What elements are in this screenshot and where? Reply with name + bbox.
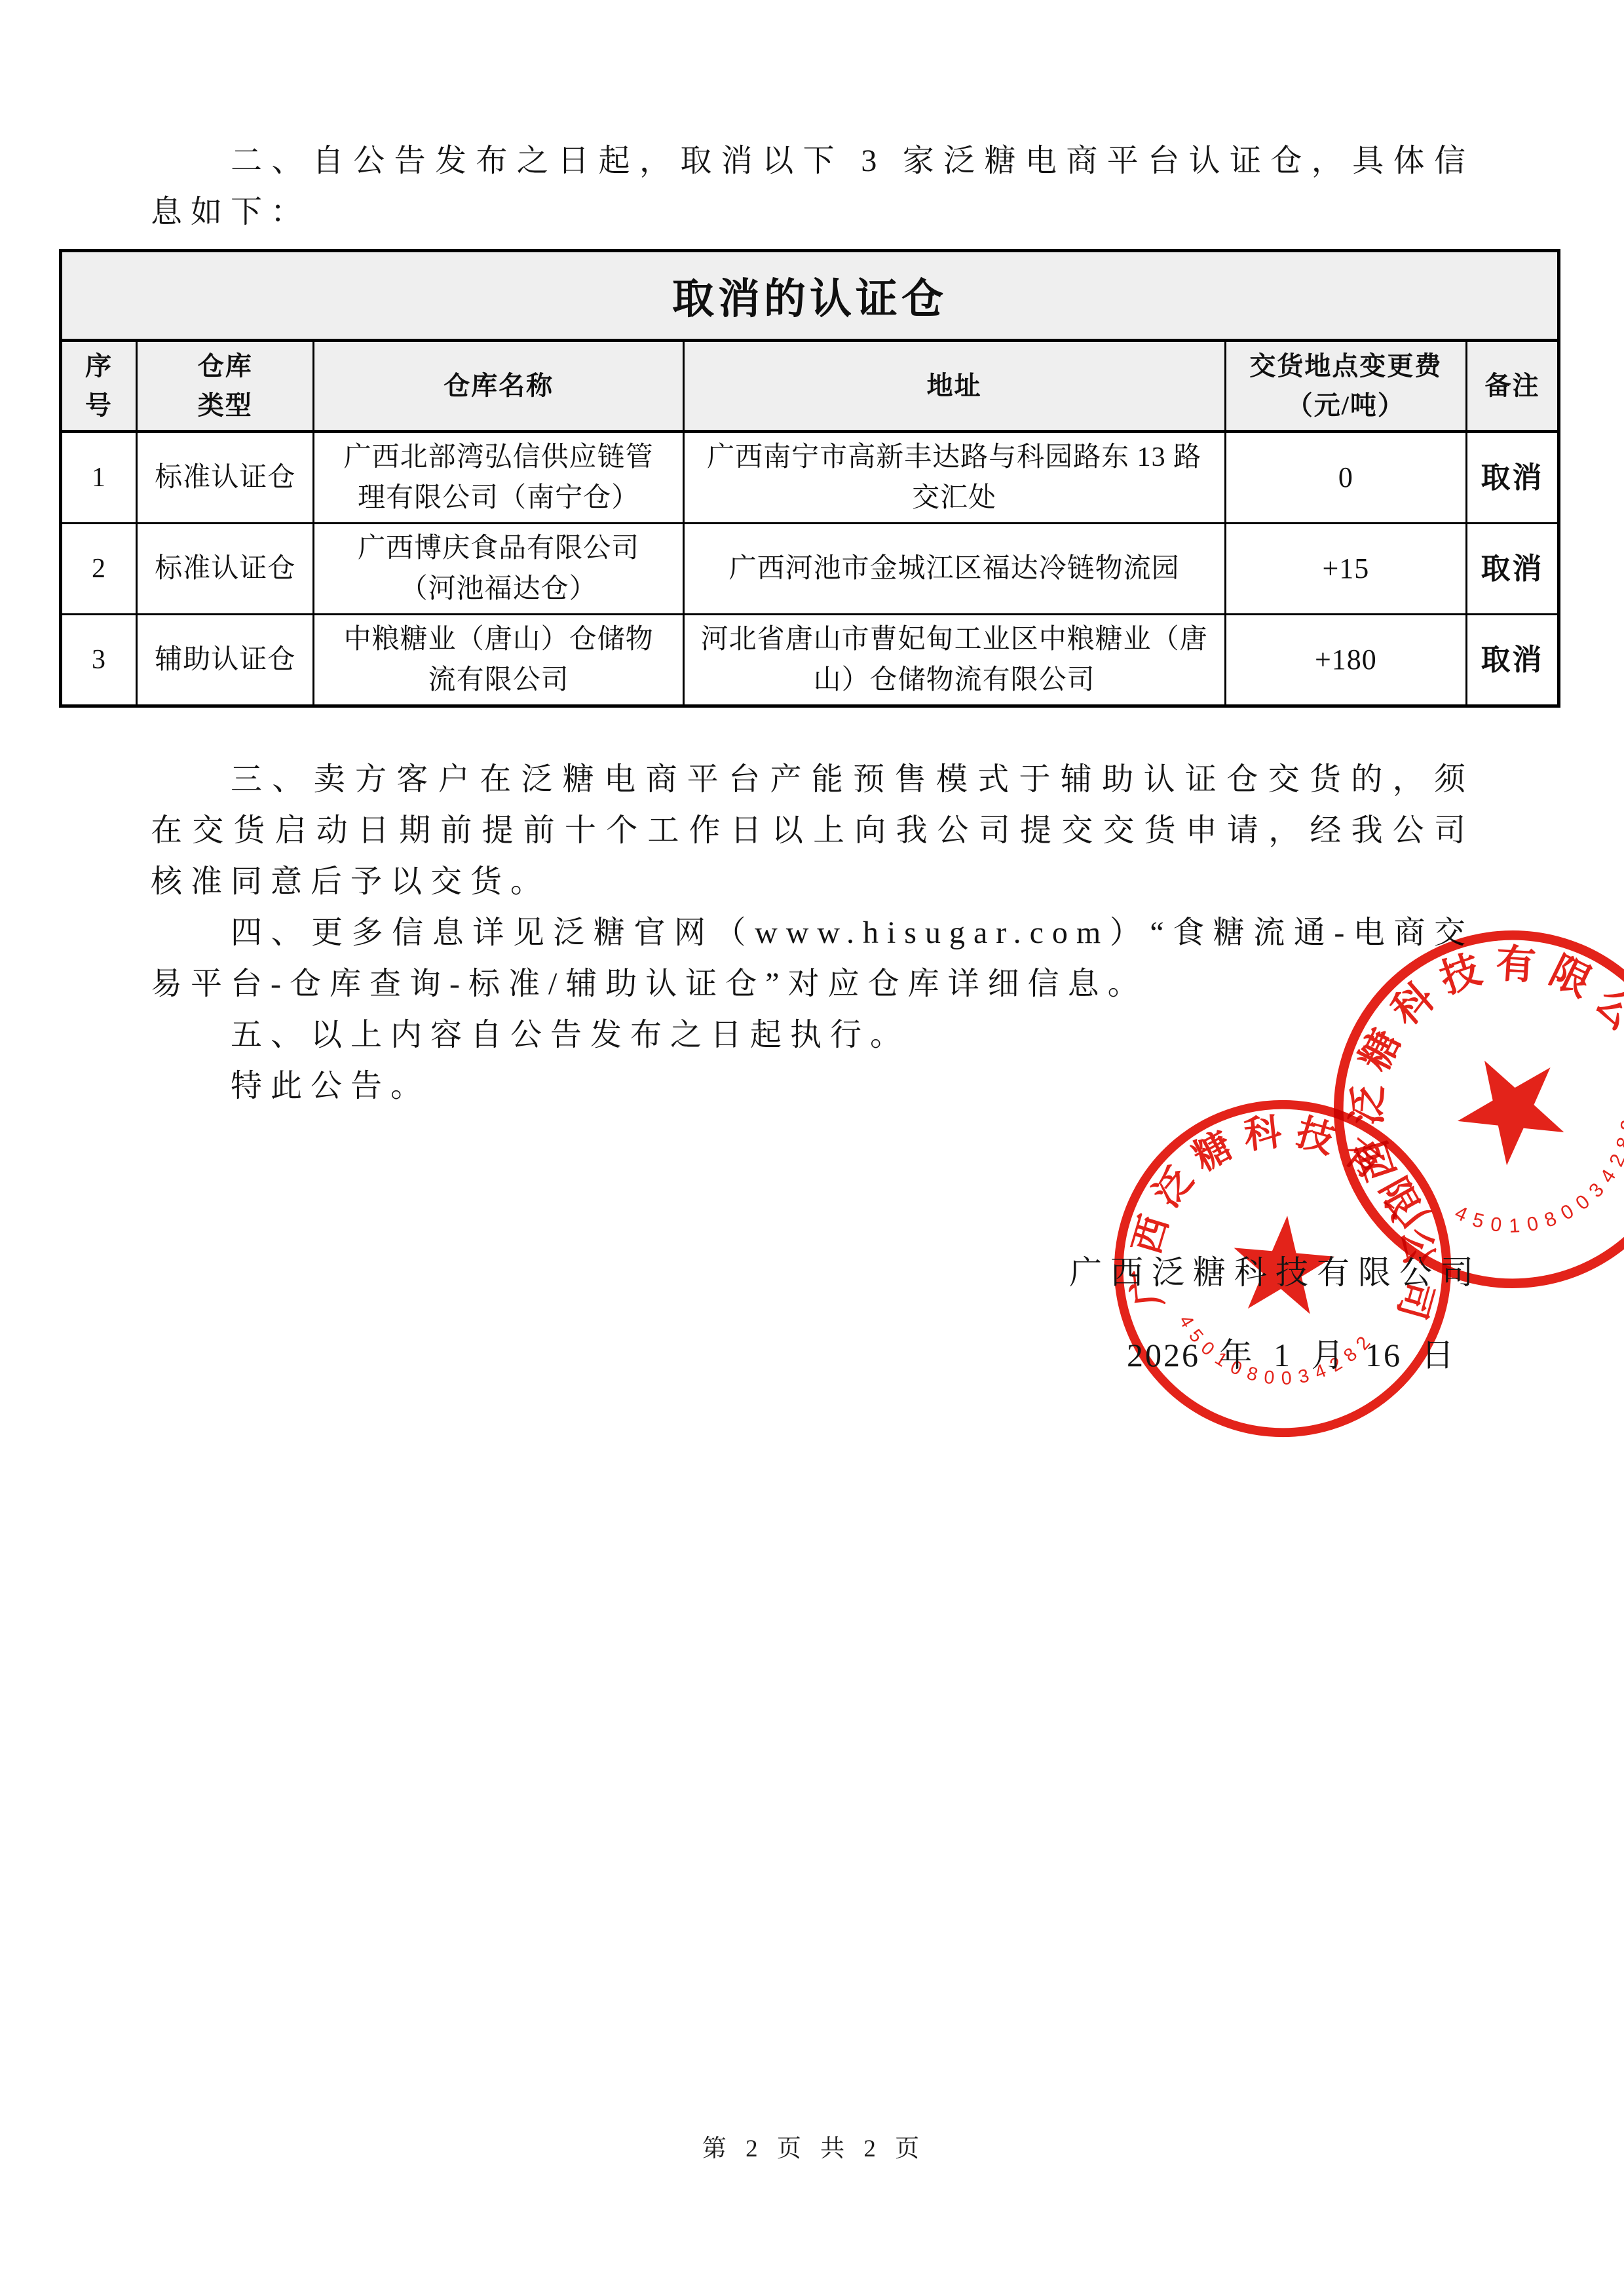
cell-type: 标准认证仓 — [136, 432, 314, 524]
cell-remark: 取消 — [1467, 524, 1559, 615]
cell-seq: 1 — [61, 432, 137, 524]
cell-name: 中粮糖业（唐山）仓储物 流有限公司 — [314, 615, 683, 706]
header-seq: 序 号 — [61, 341, 137, 432]
document-page: { "accent_colors": { "seal_red": "#e3231… — [0, 0, 1624, 2296]
paragraph-3-line-3: 核准同意后予以交货。 — [151, 861, 1474, 912]
signature-date: 2026 年 1 月 16 日 — [1127, 1329, 1456, 1376]
table-row: 1 标准认证仓 广西北部湾弘信供应链管 理有限公司（南宁仓） 广西南宁市高新丰达… — [61, 432, 1559, 524]
cell-name: 广西北部湾弘信供应链管 理有限公司（南宁仓） — [314, 432, 683, 524]
cancelled-warehouses-table: 取消的认证仓 序 号 仓库 类型 仓库名称 地址 交货地点变更费 （元/吨） 备… — [59, 249, 1560, 708]
cell-fee: +15 — [1225, 524, 1466, 615]
cell-type: 辅助认证仓 — [136, 615, 314, 706]
paragraph-4-line-2: 易平台-仓库查询-标准/辅助认证仓”对应仓库详细信息。 — [151, 963, 1474, 1014]
cell-remark: 取消 — [1467, 432, 1559, 524]
header-remark: 备注 — [1467, 341, 1559, 432]
cell-fee: 0 — [1225, 432, 1466, 524]
header-address: 地址 — [683, 341, 1225, 432]
cell-fee: +180 — [1225, 615, 1466, 706]
cell-seq: 3 — [61, 615, 137, 706]
cell-remark: 取消 — [1467, 615, 1559, 706]
cell-type: 标准认证仓 — [136, 524, 314, 615]
cell-address: 河北省唐山市曹妃甸工业区中粮糖业（唐 山）仓储物流有限公司 — [683, 615, 1225, 706]
cell-name: 广西博庆食品有限公司 （河池福达仓） — [314, 524, 683, 615]
paragraph-2-line-2: 息如下： — [151, 191, 1474, 242]
header-type: 仓库 类型 — [136, 341, 314, 432]
table-row: 2 标准认证仓 广西博庆食品有限公司 （河池福达仓） 广西河池市金城江区福达冷链… — [61, 524, 1559, 615]
cell-seq: 2 — [61, 524, 137, 615]
table-title: 取消的认证仓 — [61, 251, 1559, 341]
paragraph-2-line-1: 二、自公告发布之日起，取消以下 3 家泛糖电商平台认证仓，具体信 — [151, 140, 1474, 191]
table-header-row: 序 号 仓库 类型 仓库名称 地址 交货地点变更费 （元/吨） 备注 — [61, 341, 1559, 432]
cell-address: 广西河池市金城江区福达冷链物流园 — [683, 524, 1225, 615]
header-name: 仓库名称 — [314, 341, 683, 432]
signature-company: 广西泛糖科技有限公司 — [1069, 1246, 1482, 1293]
seal-star-icon — [1438, 1034, 1581, 1176]
cell-address: 广西南宁市高新丰达路与科园路东 13 路 交汇处 — [683, 432, 1225, 524]
header-fee: 交货地点变更费 （元/吨） — [1225, 341, 1466, 432]
paragraph-3-line-2: 在交货启动日期前提前十个工作日以上向我公司提交交货申请，经我公司 — [151, 810, 1474, 861]
table-title-row: 取消的认证仓 — [61, 251, 1559, 341]
paragraph-4-line-1: 四、更多信息详见泛糖官网（www.hisugar.com）“食糖流通-电商交 — [151, 912, 1474, 963]
table-row: 3 辅助认证仓 中粮糖业（唐山）仓储物 流有限公司 河北省唐山市曹妃甸工业区中粮… — [61, 615, 1559, 706]
paragraph-3-line-1: 三、卖方客户在泛糖电商平台产能预售模式于辅助认证仓交货的，须 — [151, 759, 1474, 810]
page-number: 第 2 页 共 2 页 — [0, 2128, 1624, 2164]
